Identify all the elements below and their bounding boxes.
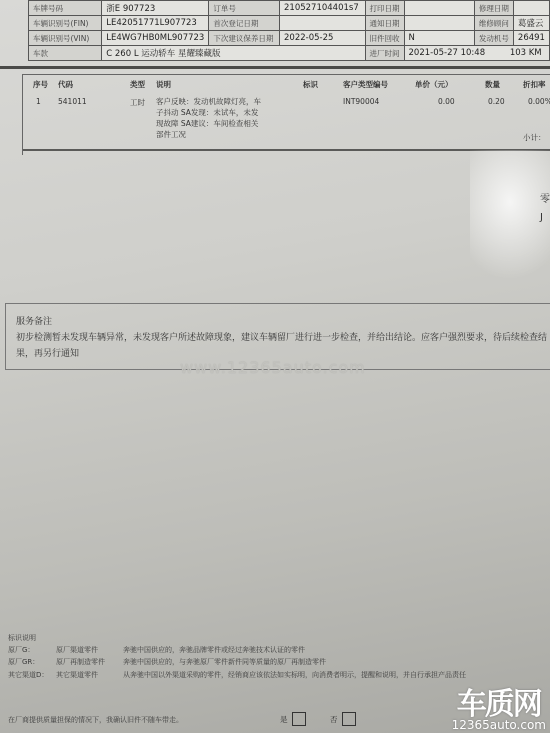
items-table: 序号 代码 类型 说明 标识 客户类型编号 单价（元） 数量 折扣率 1 541… [22,74,550,155]
legend-desc: 从奔驰中国以外渠道采购的零件，经销商应该依法如实标明，向消费者明示，提醒和说明，… [123,670,466,680]
logo-name: 车质网 [452,690,546,720]
col-unit-price: 单价（元） [415,79,453,90]
vehicle-info-table: 车牌号码 浙E 907723 订单号 210527104401s7 打印日期 修… [28,0,550,61]
yes-option[interactable]: 是 [280,712,306,726]
legend-name: 原厂渠道零件 [56,645,98,655]
info-row: 车款 C 260 L 运动轿车 星耀臻藏版 进厂时间 2021-05-27 10… [29,46,550,61]
col-code: 代码 [58,79,73,90]
watermark: www.12365auto.com [180,358,366,377]
site-logo: 车质网 12365auto.com [452,690,546,732]
entry-time-label: 进厂时间 [365,46,404,61]
legend-name: 原厂再制造零件 [56,657,105,667]
row-unit-price: 0.00 [438,97,455,106]
model-value: C 260 L 运动轿车 星耀臻藏版 [102,46,365,61]
legend-row: 原厂GR： 原厂再制造零件 奔驰中国供应的，与奔驰原厂零件新件同等质量的原厂再制… [8,657,550,669]
legend-row: 原厂G： 原厂渠道零件 奔驰中国供应的，奔驰品牌零件或经过奔驰技术认证的零件 [8,645,550,657]
entry-time-value: 2021-05-27 10:48 103 KM [404,46,550,61]
row-discount: 0.00% [528,97,550,106]
legend-code: 其它渠道D： [8,670,48,680]
info-row: 车辆识别号(VIN) LE4WG7HB0ML907723 下次建议保养日期 20… [29,31,550,46]
order-label: 订单号 [209,1,280,16]
repair-date-value [513,1,549,16]
advisor-value: 葛盛云 [513,16,549,31]
next-service-value: 2022-05-25 [280,31,366,46]
service-notes-title: 服务备注 [16,314,52,327]
legend-desc: 奔驰中国供应的，奔驰品牌零件或经过奔驰技术认证的零件 [123,645,305,655]
legend-code: 原厂G： [8,645,34,655]
first-reg-label: 首次登记日期 [209,16,280,31]
no-checkbox[interactable] [342,712,356,726]
old-parts-value: N [404,31,474,46]
vin-label: 车辆识别号(VIN) [29,31,102,46]
entry-time: 2021-05-27 10:48 [409,48,486,58]
fin-label: 车辆识别号(FIN) [29,16,102,31]
cut-off-text: 零 [540,190,550,205]
engine-no-value: 26491 [513,31,549,46]
row-code: 541011 [58,97,87,106]
cut-off-text: J [540,212,543,223]
row-customer-type: INT90004 [343,97,379,106]
old-parts-label: 旧件回收 [365,31,404,46]
subtotal-label: 小计： [523,132,546,143]
legend-title: 标识说明 [8,633,36,643]
no-option[interactable]: 否 [330,712,356,726]
print-date-label: 打印日期 [365,1,404,16]
vin-value: LE4WG7HB0ML907723 [102,31,209,46]
legend-row: 其它渠道D： 其它渠道零件 从奔驰中国以外渠道采购的零件，经销商应该依法如实标明… [8,670,550,682]
yes-checkbox[interactable] [292,712,306,726]
row-type: 工时 [130,97,145,108]
legend-code: 原厂GR： [8,657,39,667]
engine-no-label: 发动机号 [474,31,513,46]
print-date-value [404,1,474,16]
logo-site: 12365auto.com [452,718,546,732]
info-row: 车辆识别号(FIN) LE42051771L907723 首次登记日期 通知日期… [29,16,550,31]
row-index: 1 [36,97,41,106]
no-label: 否 [330,714,338,725]
col-index: 序号 [33,79,48,90]
advisor-label: 维修顾问 [474,16,513,31]
mileage: 103 KM [510,48,542,58]
fin-value: LE42051771L907723 [102,16,209,31]
notice-date-value [404,16,474,31]
next-service-label: 下次建议保养日期 [209,31,280,46]
row-quantity: 0.20 [488,97,505,106]
yes-label: 是 [280,714,288,725]
repair-date-label: 修理日期 [474,1,513,16]
col-customer-type: 客户类型编号 [343,79,388,90]
divider [0,66,550,69]
col-description: 说明 [156,79,171,90]
row-description: 客户反映：发动机故障灯亮，车子抖动 SA发现：未试车，未发现故障 SA建议：车间… [156,96,261,140]
col-quantity: 数量 [485,79,500,90]
order-value: 210527104401s7 [280,1,366,16]
plate-label: 车牌号码 [29,1,102,16]
legend-name: 其它渠道零件 [56,670,98,680]
col-type: 类型 [130,79,145,90]
document-page: 车牌号码 浙E 907723 订单号 210527104401s7 打印日期 修… [0,0,550,733]
first-reg-value [280,16,366,31]
col-mark: 标识 [303,79,318,90]
col-discount: 折扣率 [523,79,546,90]
light-glare [470,150,550,280]
legend-desc: 奔驰中国供应的，与奔驰原厂零件新件同等质量的原厂再制造零件 [123,657,326,667]
old-parts-confirmation: 在厂商提供质量担保的情况下，我确认旧件不随车带走。 [8,715,183,725]
info-row: 车牌号码 浙E 907723 订单号 210527104401s7 打印日期 修… [29,1,550,16]
model-label: 车款 [29,46,102,61]
notice-date-label: 通知日期 [365,16,404,31]
plate-value: 浙E 907723 [102,1,209,16]
